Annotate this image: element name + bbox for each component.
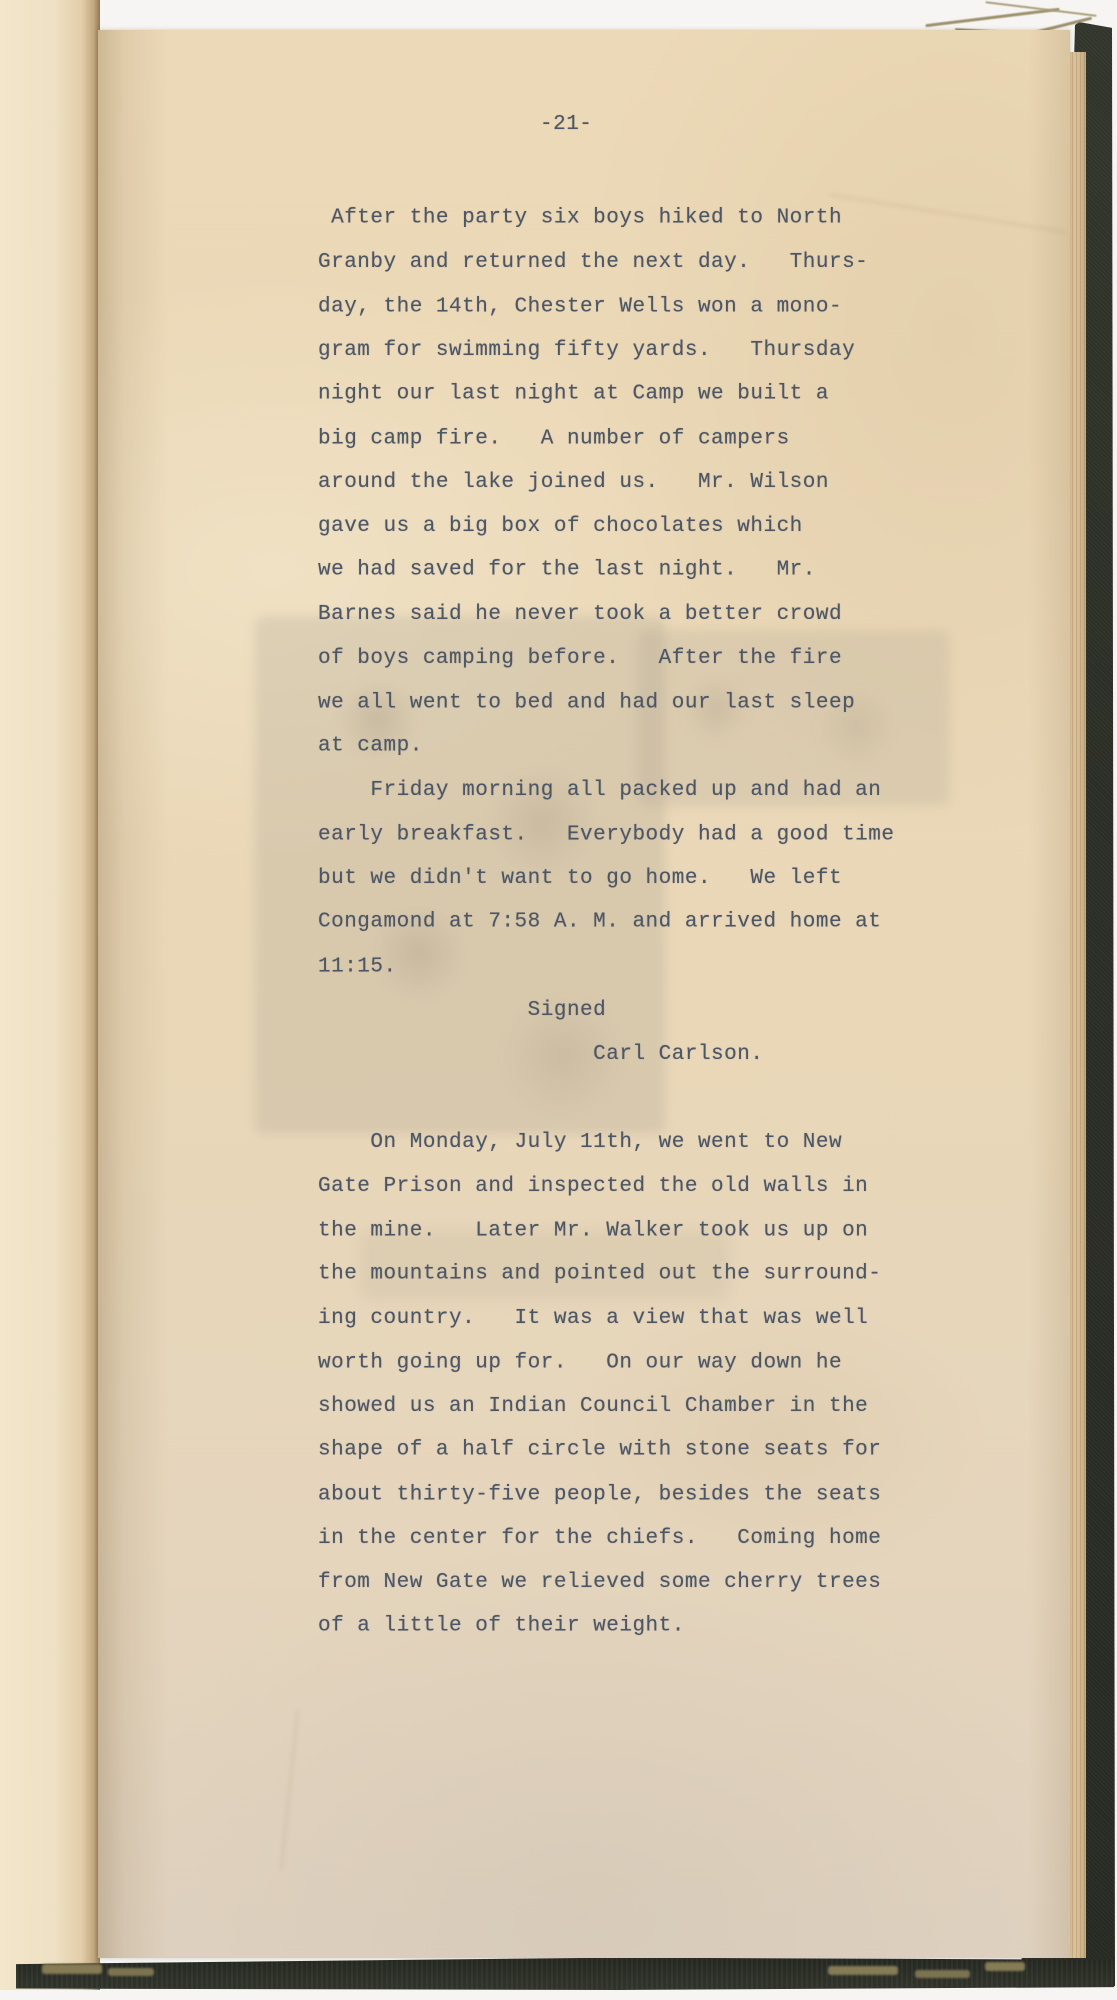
previous-page-edge — [0, 0, 100, 1990]
book-photo: -21- After the party six boys hiked to N… — [0, 0, 1117, 2000]
frayed-thread — [985, 1962, 1025, 1971]
frayed-thread — [915, 1970, 970, 1978]
frayed-thread — [42, 1964, 102, 1974]
typed-line: of a little of their weight. — [318, 1605, 895, 1649]
typed-line: at camp. — [318, 725, 895, 769]
page-number: -21- — [540, 103, 592, 147]
typed-line: After the party six boys hiked to North — [318, 197, 895, 241]
typed-line: in the center for the chiefs. Coming hom… — [318, 1517, 895, 1561]
typed-line: big camp fire. A number of campers — [318, 418, 895, 462]
typed-line: day, the 14th, Chester Wells won a mono- — [318, 286, 895, 330]
typed-line: showed us an Indian Council Chamber in t… — [318, 1385, 895, 1429]
typed-line: On Monday, July 11th, we went to New — [318, 1121, 895, 1165]
frayed-thread — [108, 1968, 154, 1976]
typed-line: night our last night at Camp we built a — [318, 373, 895, 417]
typed-line: of boys camping before. After the fire — [318, 637, 895, 681]
typed-line: from New Gate we relieved some cherry tr… — [318, 1561, 895, 1605]
typed-line: gave us a big box of chocolates which — [318, 505, 895, 549]
typed-line: Signed — [318, 989, 895, 1033]
typed-line: gram for swimming fifty yards. Thursday — [318, 329, 895, 373]
typed-line: about thirty-five people, besides the se… — [318, 1474, 895, 1518]
typed-line: Friday morning all packed up and had an — [318, 769, 895, 813]
typed-line: 11:15. — [318, 946, 895, 990]
typed-line: the mountains and pointed out the surrou… — [318, 1253, 895, 1297]
typed-line: the mine. Later Mr. Walker took us up on — [318, 1210, 895, 1254]
typed-line: Barnes said he never took a better crowd — [318, 593, 895, 637]
typed-line: shape of a half circle with stone seats … — [318, 1429, 895, 1473]
typed-line: but we didn't want to go home. We left — [318, 857, 895, 901]
typed-line: we had saved for the last night. Mr. — [318, 549, 895, 593]
typed-line — [318, 1077, 895, 1121]
typed-line: we all went to bed and had our last slee… — [318, 682, 895, 726]
typed-line: ing country. It was a view that was well — [318, 1297, 895, 1341]
frayed-thread — [925, 8, 1059, 27]
typed-line: early breakfast. Everybody had a good ti… — [318, 814, 895, 858]
document-page: -21- After the party six boys hiked to N… — [98, 30, 1070, 1958]
paper-crease — [280, 1710, 300, 1869]
typed-line: Granby and returned the next day. Thurs- — [318, 241, 895, 285]
typed-line: Congamond at 7:58 A. M. and arrived home… — [318, 901, 895, 945]
frayed-thread — [828, 1966, 898, 1975]
typed-line: worth going up for. On our way down he — [318, 1342, 895, 1386]
typed-line: Carl Carlson. — [318, 1033, 895, 1077]
typed-line: around the lake joined us. Mr. Wilson — [318, 461, 895, 505]
typed-text: After the party six boys hiked to NorthG… — [318, 197, 895, 1649]
typed-line: Gate Prison and inspected the old walls … — [318, 1165, 895, 1209]
